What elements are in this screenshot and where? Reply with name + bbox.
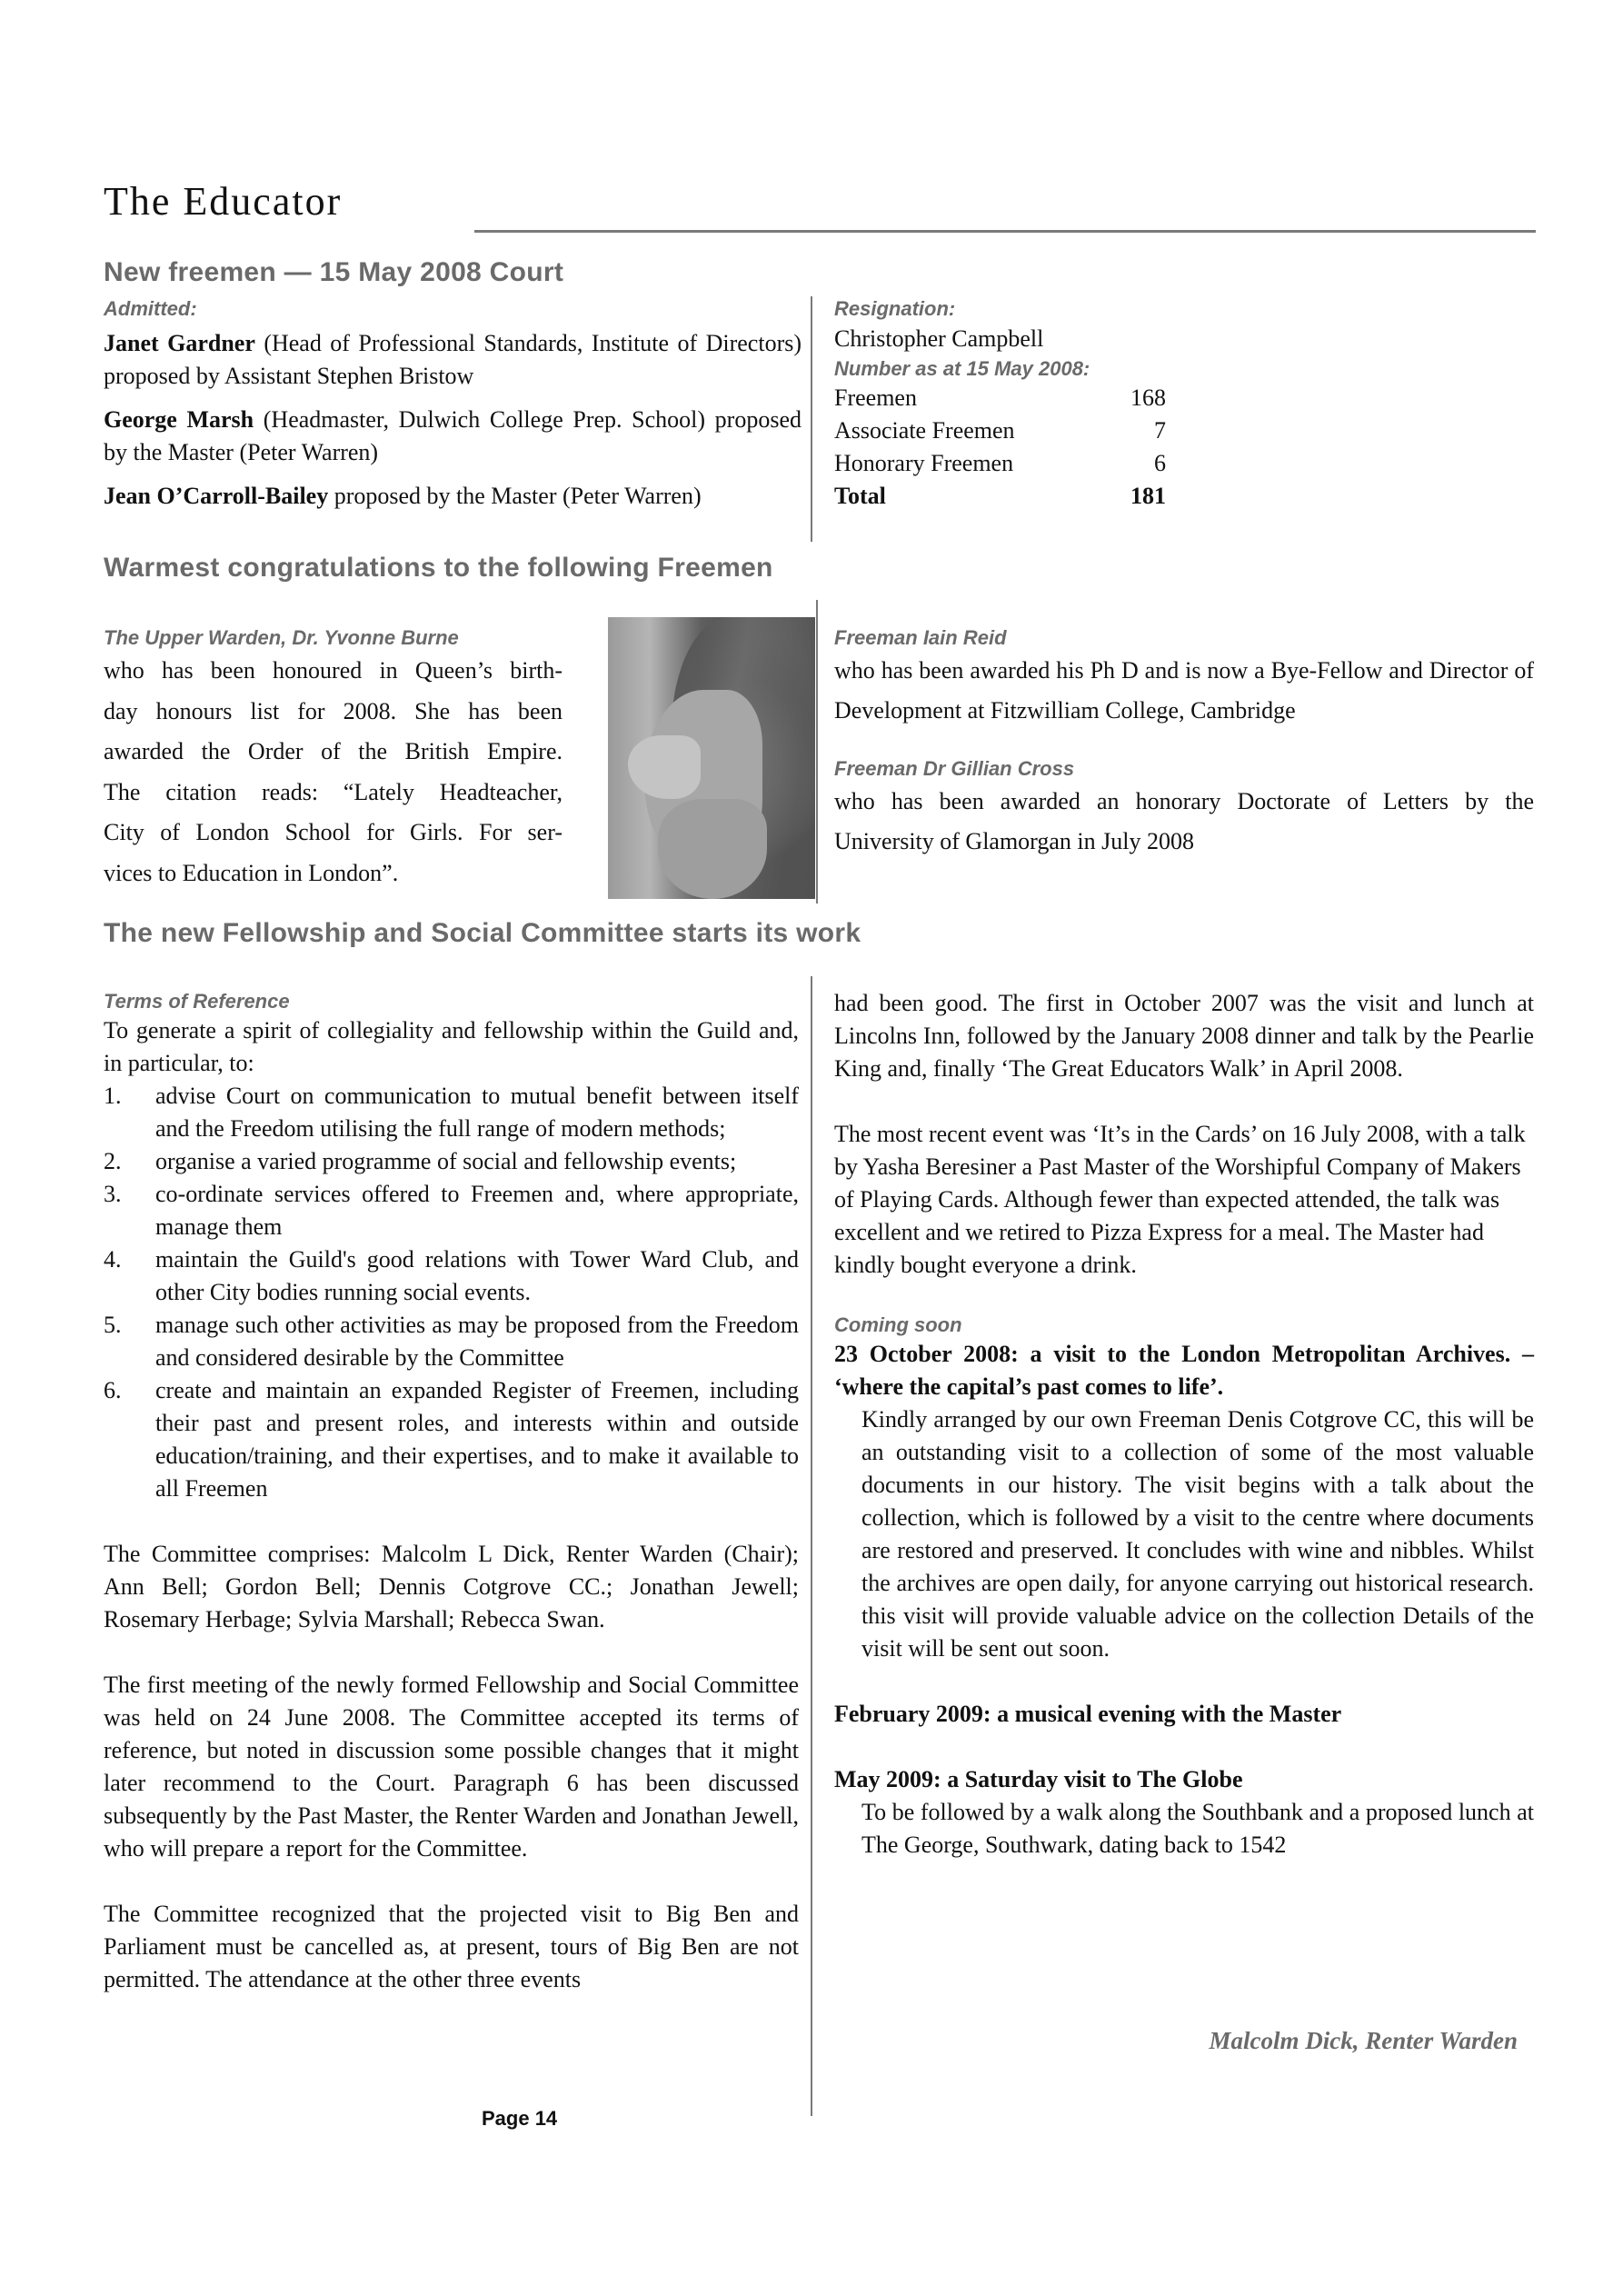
- page-number: Page 14: [482, 2107, 557, 2131]
- masthead-rule: [474, 230, 1536, 233]
- column-divider: [811, 976, 812, 2116]
- admitted-entry: Janet Gardner (Head of Professional Stan…: [104, 327, 802, 393]
- section-heading-new-freemen: New freemen — 15 May 2008 Court: [104, 257, 563, 288]
- gillian-cross-text: who has been awarded an honorary Doctora…: [834, 782, 1534, 862]
- resignation-label: Resignation:: [834, 296, 1534, 322]
- list-item: 3.co-ordinate services offered to Freeme…: [104, 1178, 799, 1243]
- section-heading-fellowship: The new Fellowship and Social Committee …: [104, 918, 861, 949]
- events-continued-paragraph: had been good. The first in October 2007…: [834, 987, 1534, 1085]
- upper-warden-text: who has been honoured in Queen’s birth- …: [104, 651, 563, 893]
- event-title: February 2009: a musical evening with th…: [834, 1698, 1534, 1731]
- freeman-detail: proposed by the Master (Peter Warren): [328, 483, 701, 509]
- masthead-title: The Educator: [104, 178, 342, 225]
- event-description: Kindly arranged by our own Freeman Denis…: [834, 1403, 1534, 1665]
- resignation-name: Christopher Campbell: [834, 322, 1534, 356]
- resignation-block: Resignation: Christopher Campbell Number…: [834, 296, 1534, 513]
- list-item: 1.advise Court on communication to mutua…: [104, 1080, 799, 1145]
- column-divider: [811, 296, 812, 542]
- list-item: 2.organise a varied programme of social …: [104, 1145, 799, 1178]
- admitted-entry: Jean O’Carroll-Bailey proposed by the Ma…: [104, 480, 802, 513]
- first-meeting-paragraph: The first meeting of the newly formed Fe…: [104, 1669, 799, 1865]
- terms-intro: To generate a spirit of collegiality and…: [104, 1014, 799, 1080]
- gillian-cross-block: Freeman Dr Gillian Cross who has been aw…: [834, 756, 1534, 862]
- terms-list: 1.advise Court on communication to mutua…: [104, 1080, 799, 1505]
- committee-members: The Committee comprises: Malcolm L Dick,…: [104, 1538, 799, 1636]
- table-row: Honorary Freemen6: [834, 447, 1166, 480]
- table-row: Associate Freemen7: [834, 414, 1166, 447]
- iain-reid-block: Freeman Iain Reid who has been awarded h…: [834, 625, 1534, 731]
- portrait-photo: [608, 617, 815, 899]
- big-ben-paragraph: The Committee recognized that the projec…: [104, 1898, 799, 1996]
- terms-of-reference-label: Terms of Reference: [104, 989, 799, 1014]
- coming-soon-label: Coming soon: [834, 1313, 1534, 1338]
- freeman-name: Jean O’Carroll-Bailey: [104, 483, 328, 509]
- section-heading-congratulations: Warmest congratulations to the following…: [104, 553, 773, 584]
- membership-numbers-table: Freemen168 Associate Freemen7 Honorary F…: [834, 382, 1534, 513]
- event-description: To be followed by a walk along the South…: [834, 1796, 1534, 1862]
- column-divider: [816, 600, 818, 903]
- fellowship-right-column: had been good. The first in October 2007…: [834, 987, 1534, 1862]
- fellowship-left-column: Terms of Reference To generate a spirit …: [104, 989, 799, 1996]
- list-item: 5.manage such other activities as may be…: [104, 1309, 799, 1374]
- freeman-name: George Marsh: [104, 406, 254, 433]
- gillian-cross-title: Freeman Dr Gillian Cross: [834, 756, 1534, 782]
- table-row-total: Total181: [834, 480, 1166, 513]
- admitted-entry: George Marsh (Headmaster, Dulwich Colleg…: [104, 404, 802, 469]
- upper-warden-block: The Upper Warden, Dr. Yvonne Burne who h…: [104, 625, 563, 893]
- numbers-label: Number as at 15 May 2008:: [834, 356, 1534, 382]
- iain-reid-title: Freeman Iain Reid: [834, 625, 1534, 651]
- list-item: 4.maintain the Guild's good relations wi…: [104, 1243, 799, 1309]
- table-row: Freemen168: [834, 382, 1166, 414]
- upper-warden-title: The Upper Warden, Dr. Yvonne Burne: [104, 625, 563, 651]
- iain-reid-text: who has been awarded his Ph D and is now…: [834, 651, 1534, 731]
- author-signature: Malcolm Dick, Renter Warden: [834, 2027, 1518, 2055]
- event-title: May 2009: a Saturday visit to The Globe: [834, 1763, 1534, 1796]
- event-title: 23 October 2008: a visit to the London M…: [834, 1338, 1534, 1403]
- freeman-name: Janet Gardner: [104, 330, 255, 356]
- list-item: 6.create and maintain an expanded Regist…: [104, 1374, 799, 1505]
- admitted-label: Admitted:: [104, 296, 802, 322]
- recent-event-paragraph: The most recent event was ‘It’s in the C…: [834, 1118, 1534, 1282]
- admitted-block: Admitted: Janet Gardner (Head of Profess…: [104, 296, 802, 513]
